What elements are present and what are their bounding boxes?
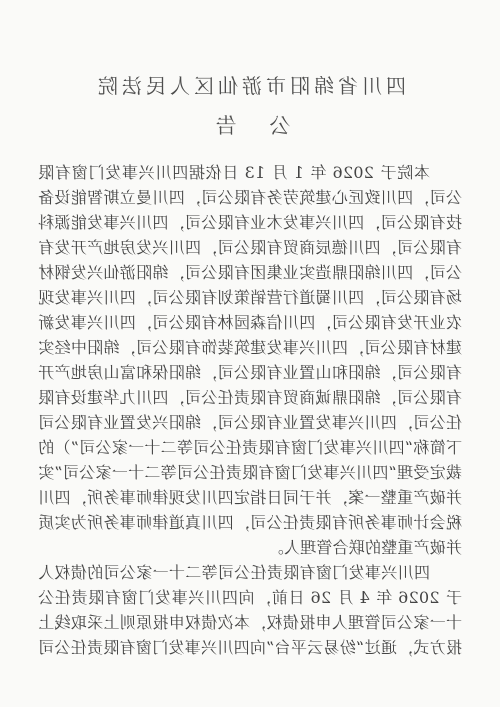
body-line: 有限公司，绵阳鼎诚商贸有限责任公司，四川九华建设有限责 [38,385,462,410]
body-line: 有限公司，绵阳和山置业有限公司，绵阳保和富山房地产开发 [38,360,462,385]
body-line: 裁定受理“四川兴事发门窗有限责任公司等二十一家公司”实质合 [38,460,462,485]
body-line: 报方式，通过“纷易云平台”向四川兴事发门窗有限责任公司等二 [38,635,462,660]
body-line: 并破产重整的联合管理人。 [38,535,462,560]
body-line: 本院于 2026 年 1 月 13 日依据四川兴事发门窗有限责任 [38,160,462,185]
announcement-body: 本院于 2026 年 1 月 13 日依据四川兴事发门窗有限责任 公司，四川致匠… [0,160,500,660]
court-name: 四川省绵阳市游仙区人民法院 [0,0,500,99]
body-line: 公司，四川致匠心建筑劳务有限公司，四川曼立斯智能设备科 [38,185,462,210]
body-line: 任公司，四川兴事发置业有限公司，绵阳兴发置业有限公司（以 [38,410,462,435]
body-line: 公司，四川绵阳鼎造实业集团有限公司，绵阳游仙兴发钢材市 [38,260,462,285]
body-line: 技有限公司，四川兴事发木业有限公司，四川兴事发能源科技 [38,210,462,235]
body-line: 十一家公司管理人申报债权，本次债权申报原则上采取线上申 [38,610,462,635]
body-line: 于 2026 年 4 月 26 日前，向四川兴事发门窗有限责任公司等二 [38,585,462,610]
body-line: 并破产重整一案，并于同日指定四川发现律师事务所，四川正 [38,485,462,510]
body-line: 下简称“四川兴事发门窗有限责任公司等二十一家公司”）的申请， [38,435,462,460]
body-line: 农业开发有限公司，四川信森园林有限公司，四川兴事发新型 [38,310,462,335]
body-line: 四川兴事发门窗有限责任公司等二十一家公司的债权人应 [38,560,462,585]
body-line: 场有限公司，四川蜀道行营销策划有限公司，四川兴事发现代 [38,285,462,310]
body-line: 有限公司，四川德辰商贸有限公司，四川兴发房地产开发有限 [38,235,462,260]
notice-title: 公 告 [0,99,500,140]
document-page: 四川省绵阳市游仙区人民法院 公 告 本院于 2026 年 1 月 13 日依据四… [0,0,500,707]
body-line: 建材有限公司，四川兴事发建筑装饰有限公司，绵阳中经实业 [38,335,462,360]
body-line: 税会计师事务所有限责任公司，四川真道律师事务所为实质合 [38,510,462,535]
